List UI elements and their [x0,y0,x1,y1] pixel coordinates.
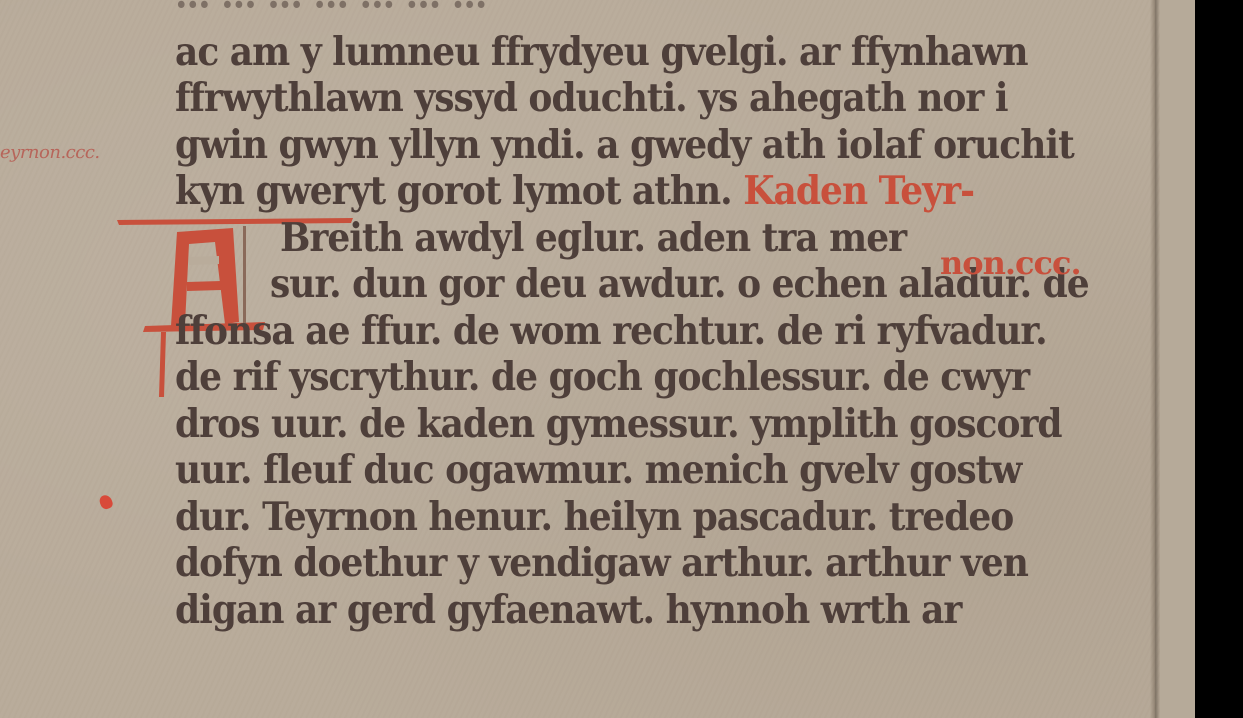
page-fold [1150,0,1160,718]
page-edge [1160,0,1195,718]
text-line-12: dofyn doethur y vendigaw arthur. arthur … [175,538,1105,588]
rubric-heading: Kaden Teyr- [743,168,974,213]
text-block: ··· ··· ··· ··· ··· ··· ··· ac am y lumn… [175,0,1105,633]
text-line-0: ··· ··· ··· ··· ··· ··· ··· [175,0,1105,30]
manuscript-page: eyrnon.ccc. ··· ··· ··· ··· ··· ··· ··· … [0,0,1195,718]
text-line-13: digan ar gerd gyfaenawt. hynnoh wrth ar [175,585,1105,635]
text-line-9: dros uur. de kaden gymessur. ymplith gos… [175,399,1105,449]
text-line-1: ac am y lumneu ffrydyeu gvelgi. ar ffynh… [175,27,1105,77]
margin-note: eyrnon.ccc. [0,142,100,163]
text-line-3: gwin gwyn yllyn yndi. a gwedy ath iolaf … [175,120,1105,170]
text-line-4-body: kyn gweryt gorot lymot athn. [175,168,732,213]
red-ink-spot [98,493,114,510]
text-line-10: uur. fleuf duc ogawmur. menich gvelv gos… [175,445,1105,495]
text-line-8: de rif yscrythur. de goch gochlessur. de… [175,352,1105,402]
text-line-11: dur. Teyrnon henur. heilyn pascadur. tre… [175,492,1105,542]
rubric-continuation: non.ccc. [940,244,1081,282]
text-line-4: kyn gweryt gorot lymot athn. Kaden Teyr- [175,166,1105,216]
black-border [1195,0,1243,718]
text-line-2: ffrwythlawn yssyd oduchti. ys ahegath no… [175,73,1105,123]
text-line-7: ffonsa ae ffur. de wom rechtur. de ri ry… [175,306,1105,356]
